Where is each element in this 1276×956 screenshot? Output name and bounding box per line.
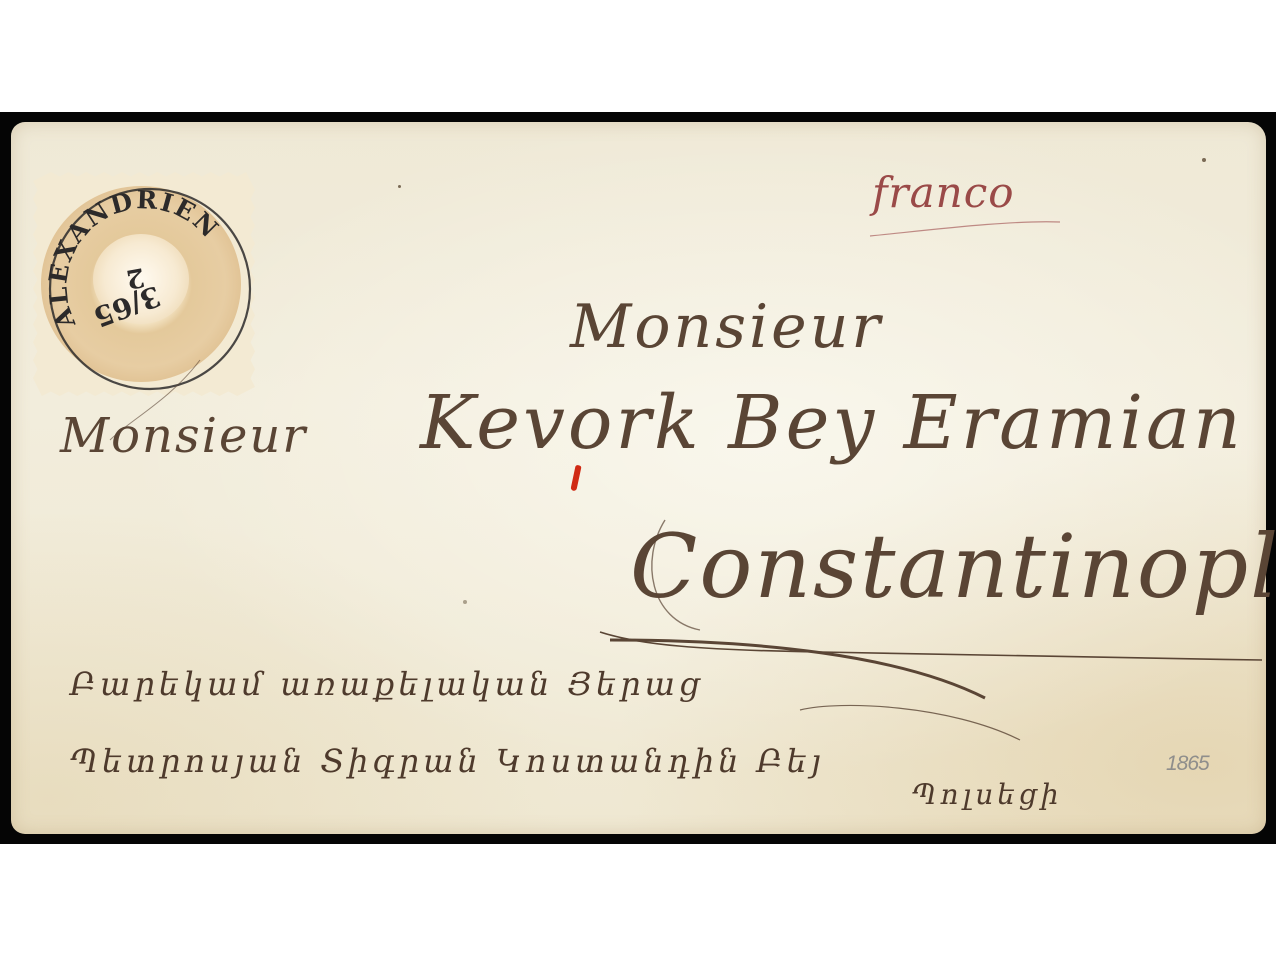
armenian-line-2: Պետրոսյան Տիգրան Կոստանդին Բեյ: [70, 742, 825, 780]
postmark-cancel: ALEXANDRIEN 2 3/65: [40, 180, 260, 398]
destination-city: Constantinople: [630, 515, 1276, 618]
ink-speck: [463, 600, 467, 604]
franco-annotation: franco: [872, 168, 1015, 217]
addressee-name: Kevork Bey Eramian: [420, 380, 1244, 466]
salutation-left: Monsieur: [60, 408, 307, 464]
salutation-top: Monsieur: [570, 292, 883, 362]
armenian-signature: Պոլսեցի: [912, 778, 1063, 811]
pencil-year-note: 1865: [1166, 752, 1209, 776]
armenian-line-1: Բարեկամ առաքելական Յերաց: [70, 665, 704, 703]
ink-speck: [1202, 158, 1206, 162]
ink-speck: [398, 185, 401, 188]
postmark-date: 3/65: [89, 279, 165, 334]
